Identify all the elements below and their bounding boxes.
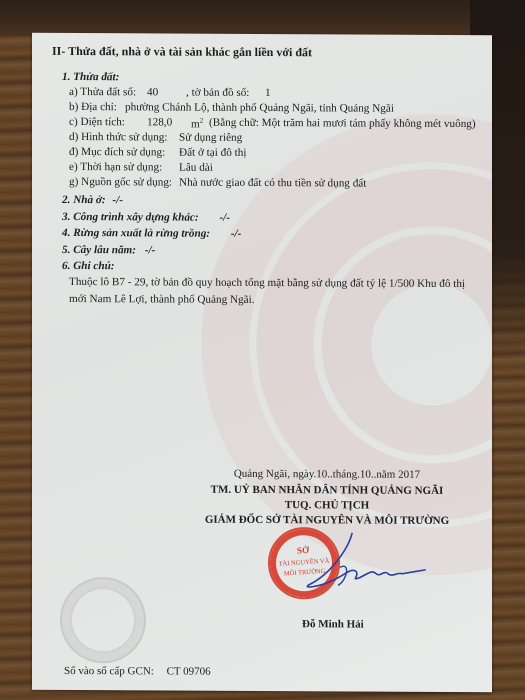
section-title: II- Thửa đất, nhà ở và tài sản khác gắn … [52,44,312,60]
usage-form-label: d) Hình thức sử dụng: [69,131,168,144]
usage-form-value: Sử dụng riêng [179,132,242,144]
other-construction-heading: 3. Công trình xây dựng khác: [62,211,199,224]
forest-heading: 4. Rừng sản xuất là rừng trồng: [62,227,210,240]
parcel-label: a) Thửa đất số: [69,86,136,98]
background-top [0,0,525,36]
term-label: e) Thời hạn sử dụng: [69,161,162,173]
usage-form-row: d) Hình thức sử dụng: Sử dụng riêng [69,131,168,144]
area-row: c) Diện tích: 128,0 m2 (Bằng chữ: Một tr… [69,116,125,128]
origin-row: g) Nguồn gốc sử dụng: Nhà nước giao đất … [69,176,172,189]
notes-heading: 6. Ghi chú: [62,260,115,272]
address-value: phường Chánh Lộ, thành phố Quảng Ngãi, t… [125,101,394,114]
area-label: c) Diện tích: [69,116,125,128]
map-sheet-number: 1 [265,87,271,99]
other-construction-row: 3. Công trình xây dựng khác: -/- [62,211,230,224]
house-row: 2. Nhà ở: -/- [62,194,123,206]
authority-line: TM. UỶ BAN NHÂN DÂN TỈNH QUẢNG NGÃI [187,484,467,497]
date-line: Quảng Ngãi, ngày.10..tháng.10..năm 2017 [187,468,467,481]
perennial-value: -/- [145,244,156,256]
perennial-row: 5. Cây lâu năm: -/- [62,244,155,256]
signer-name: Đỗ Minh Hải [302,618,364,630]
parcel-number: 40 [147,86,158,98]
registry-row: Số vào sổ cấp GCN: CT 09706 [64,665,211,678]
purpose-row: đ) Mục đích sử dụng: Đất ở tại đô thị [69,146,165,159]
map-sheet-label: , tờ bản đồ số: [186,87,249,99]
land-heading: 1. Thửa đất: [62,71,119,83]
area-value: 128,0 [147,116,172,128]
area-unit: m [191,118,200,130]
term-row: e) Thời hạn sử dụng: Lâu dài [69,161,162,173]
other-construction-value: -/- [219,212,230,224]
purpose-value: Đất ở tại đô thị [179,147,246,159]
house-heading: 2. Nhà ở: [62,194,106,206]
area-unit-sup: 2 [200,117,204,125]
origin-label: g) Nguồn gốc sử dụng: [69,176,172,189]
purpose-label: đ) Mục đích sử dụng: [69,146,165,159]
parcel-row: a) Thửa đất số: 40 , tờ bản đồ số: 1 [69,86,136,98]
forest-row: 4. Rừng sản xuất là rừng trồng: -/- [62,227,241,240]
notes-text: Thuộc lô B7 - 29, tờ bản đồ quy hoạch tổ… [69,274,469,310]
house-value: -/- [112,194,123,206]
address-row: b) Địa chỉ: phường Chánh Lộ, thành phố Q… [69,101,117,113]
registry-code: CT 09706 [167,666,211,678]
director-line: GIÁM ĐỐC SỞ TÀI NGUYÊN VÀ MÔI TRƯỜNG [187,514,467,527]
certificate-page: II- Thửa đất, nhà ở và tài sản khác gắn … [32,33,492,692]
term-value: Lâu dài [179,162,213,174]
perennial-heading: 5. Cây lâu năm: [62,244,136,256]
registry-label: Số vào sổ cấp GCN: [64,665,154,677]
handwritten-signature-icon [290,529,430,600]
forest-value: -/- [231,228,242,240]
document-content: II- Thửa đất, nhà ở và tài sản khác gắn … [32,33,492,692]
area-words: (Bằng chữ: Một trăm hai mươi tám phẩy kh… [209,117,476,130]
address-label: b) Địa chỉ: [69,101,117,113]
delegation-line: TUQ. CHỦ TỊCH [187,499,467,512]
origin-value: Nhà nước giao đất có thu tiền sử dụng đấ… [179,177,366,190]
